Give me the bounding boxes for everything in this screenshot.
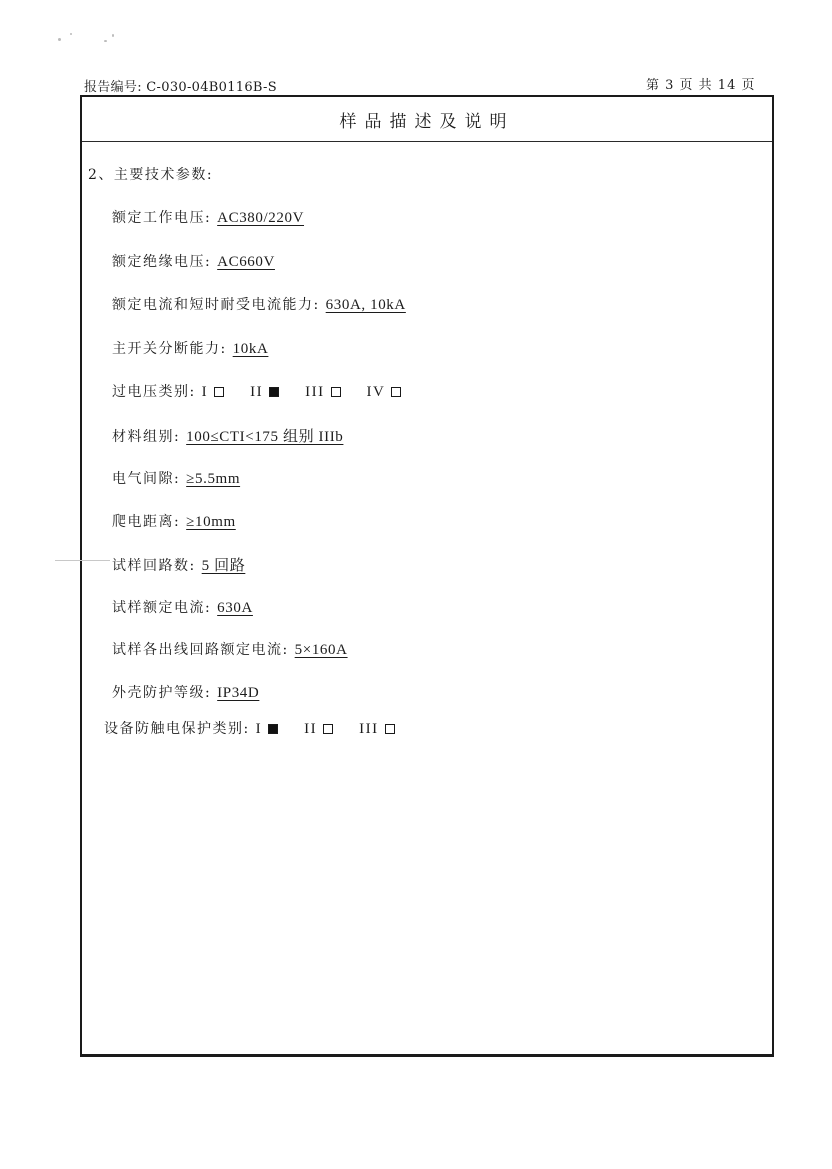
page-info: 第 3 页 共 14 页: [646, 74, 755, 93]
param-value: 5 回路: [202, 558, 246, 574]
scan-speck: [70, 33, 72, 35]
param-label: 额定工作电压:: [112, 210, 217, 226]
param-value: 100≤CTI<175 组别 IIIb: [186, 429, 343, 445]
section-heading: 2、主要技术参数:: [88, 164, 213, 184]
option-class-ii[interactable]: II: [304, 721, 333, 738]
option-class-iii[interactable]: III: [359, 721, 395, 738]
param-label: 电气间隙:: [112, 471, 186, 487]
scan-speck: [104, 40, 107, 42]
param-value: AC380/220V: [217, 210, 304, 226]
scan-speck: [58, 38, 61, 41]
checkbox-empty-icon: [331, 387, 341, 397]
report-number: 报告编号: C-030-04B0116B-S: [84, 76, 277, 95]
option-label: IV: [367, 384, 386, 400]
checkbox-filled-icon: [268, 724, 278, 734]
param-value: 630A: [217, 600, 253, 616]
scan-speck: [112, 34, 114, 37]
param-value: ≥5.5mm: [186, 471, 240, 487]
param-overvoltage-category: 过电压类别: I II III IV: [112, 381, 421, 401]
option-class-i[interactable]: I: [256, 721, 279, 738]
title-bar: 样品描述及说明: [82, 97, 772, 142]
param-label: 主开关分断能力:: [112, 341, 233, 357]
param-value: 5×160A: [295, 642, 348, 658]
param-value: 10kA: [233, 341, 269, 357]
option-category-iii[interactable]: III: [305, 384, 341, 401]
param-label: 爬电距离:: [112, 514, 186, 530]
checkbox-filled-icon: [269, 387, 279, 397]
option-label: III: [305, 384, 325, 400]
param-shock-protection-class: 设备防触电保护类别: I II III: [104, 718, 415, 738]
scan-artifact-line: [55, 560, 110, 561]
document-frame: 样品描述及说明 2、主要技术参数: 额定工作电压: AC380/220V 额定绝…: [80, 95, 774, 1057]
param-enclosure-protection: 外壳防护等级: IP34D: [112, 682, 259, 702]
param-value: AC660V: [217, 254, 275, 270]
checkbox-empty-icon: [391, 387, 401, 397]
param-main-switch-breaking-capacity: 主开关分断能力: 10kA: [112, 338, 268, 358]
param-rated-operating-voltage: 额定工作电压: AC380/220V: [112, 207, 304, 227]
param-creepage-distance: 爬电距离: ≥10mm: [112, 511, 236, 531]
param-outgoing-circuit-current: 试样各出线回路额定电流: 5×160A: [112, 639, 348, 659]
option-label: I: [202, 384, 209, 400]
option-label: III: [359, 721, 379, 737]
option-category-ii[interactable]: II: [250, 384, 279, 401]
param-value: ≥10mm: [186, 514, 236, 530]
param-value: IP34D: [217, 685, 259, 701]
param-label: 试样各出线回路额定电流:: [112, 642, 295, 658]
checkbox-empty-icon: [323, 724, 333, 734]
param-label: 试样额定电流:: [112, 600, 217, 616]
option-label: I: [256, 721, 263, 737]
param-label: 额定电流和短时耐受电流能力:: [112, 297, 326, 313]
checkbox-empty-icon: [385, 724, 395, 734]
param-sample-circuits: 试样回路数: 5 回路: [112, 554, 245, 575]
option-label: II: [250, 384, 263, 400]
param-rated-insulation-voltage: 额定绝缘电压: AC660V: [112, 251, 275, 271]
option-category-iv[interactable]: IV: [367, 384, 402, 401]
param-material-group: 材料组别: 100≤CTI<175 组别 IIIb: [112, 425, 343, 446]
param-value: 630A, 10kA: [326, 297, 406, 313]
param-label: 试样回路数:: [112, 558, 202, 574]
param-label: 过电压类别:: [112, 384, 202, 400]
page-title: 样品描述及说明: [340, 107, 515, 132]
param-label: 设备防触电保护类别:: [104, 721, 256, 737]
param-label: 外壳防护等级:: [112, 685, 217, 701]
param-rated-current-short-time: 额定电流和短时耐受电流能力: 630A, 10kA: [112, 294, 406, 314]
param-label: 额定绝缘电压:: [112, 254, 217, 270]
param-clearance: 电气间隙: ≥5.5mm: [112, 468, 240, 488]
option-category-i[interactable]: I: [202, 384, 225, 401]
param-sample-rated-current: 试样额定电流: 630A: [112, 597, 253, 617]
checkbox-empty-icon: [214, 387, 224, 397]
param-label: 材料组别:: [112, 429, 186, 445]
option-label: II: [304, 721, 317, 737]
